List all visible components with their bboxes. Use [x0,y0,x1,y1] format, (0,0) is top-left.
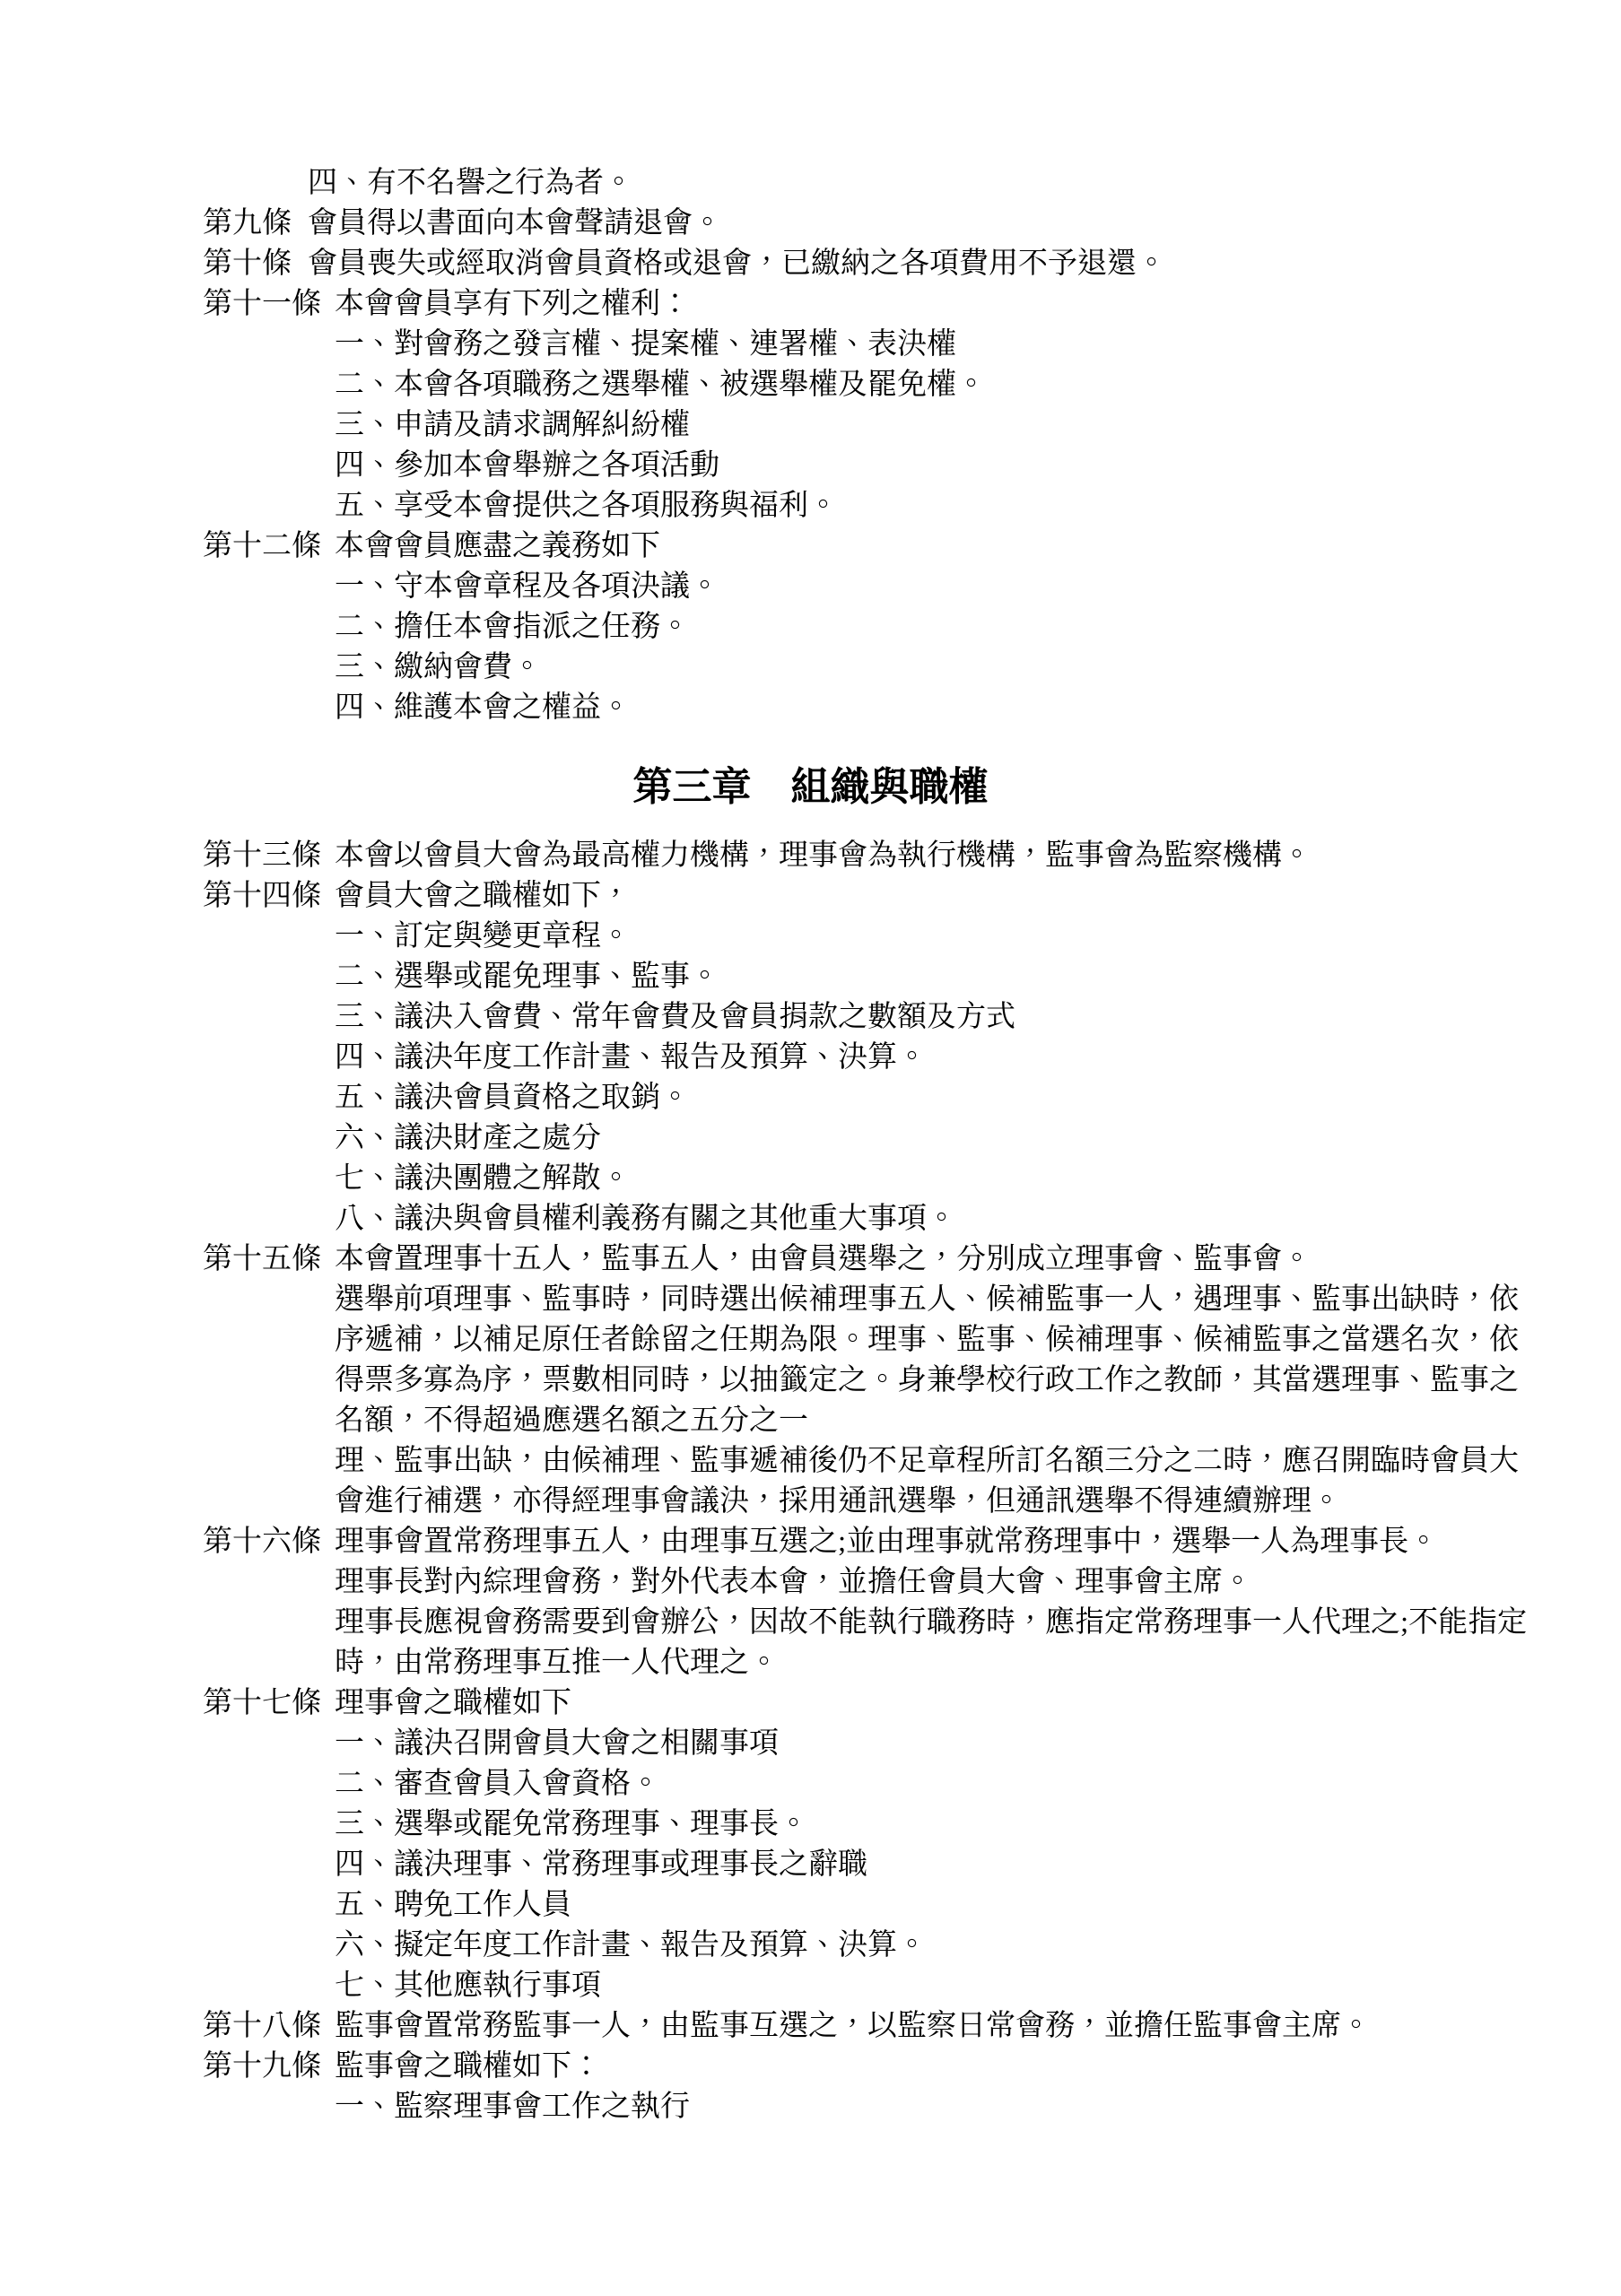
list-item-line: 一、守本會章程及各項決議。 [335,567,1621,607]
article-line: 第九條會員得以書面向本會聲請退會。 [203,204,1621,244]
article-line: 第十五條本會置理事十五人，監事五人，由會員選舉之，分別成立理事會、監事會。 [203,1239,1621,1280]
continuation-line: 理事長應視會務需要到會辦公，因故不能執行職務時，應指定常務理事一人代理之;不能指… [335,1603,1621,1643]
article-number-label: 第十一條 [203,284,335,325]
continuation-line: 序遞補，以補足原任者餘留之任期為限。理事、監事、候補理事、候補監事之當選名次，依 [335,1320,1621,1361]
article-number-label: 第十三條 [203,836,335,876]
list-item-line: 二、審查會員入會資格。 [335,1764,1621,1805]
article-number-label: 第十六條 [203,1522,335,1562]
continuation-line: 選舉前項理事、監事時，同時選出候補理事五人、候補監事一人，遇理事、監事出缺時，依 [335,1280,1621,1320]
list-item-line: 三、議決入會費、常年會費及會員捐款之數額及方式 [335,997,1621,1038]
list-item-line: 四、維護本會之權益。 [335,688,1621,728]
list-item-line: 五、享受本會提供之各項服務與福利。 [335,486,1621,526]
article-text: 會員得以書面向本會聲請退會。 [308,207,722,239]
article-number-label: 第十九條 [203,2047,335,2087]
list-item-line: 三、申請及請求調解糾紛權 [335,405,1621,446]
article-line: 第十三條本會以會員大會為最高權力機構，理事會為執行機構，監事會為監察機構。 [203,836,1621,876]
article-text: 會員大會之職權如下， [335,880,631,912]
document-content: 四、有不名譽之行為者。第九條會員得以書面向本會聲請退會。第十條會員喪失或經取消會… [0,0,1621,2127]
list-item-line: 二、本會各項職務之選舉權、被選舉權及罷免權。 [335,365,1621,405]
article-number-label: 第九條 [203,204,308,244]
article-line: 第十條會員喪失或經取消會員資格或退會，已繳納之各項費用不予退還。 [203,244,1621,284]
list-item-line: 二、選舉或罷免理事、監事。 [335,957,1621,997]
article-text: 理事會之職權如下 [335,1687,571,1719]
list-item-line: 一、監察理事會工作之執行 [335,2087,1621,2127]
list-item-line: 七、其他應執行事項 [335,1966,1621,2006]
article-text: 理事會置常務理事五人，由理事互選之;並由理事就常務理事中，選舉一人為理事長。 [335,1526,1438,1558]
list-item-line: 三、繳納會費。 [335,648,1621,688]
article-line: 第十四條會員大會之職權如下， [203,876,1621,917]
list-item-line: 四、議決理事、常務理事或理事長之辭職 [335,1845,1621,1885]
list-item-line: 七、議決團體之解散。 [335,1159,1621,1199]
article-line: 第十八條監事會置常務監事一人，由監事互選之，以監察日常會務，並擔任監事會主席。 [203,2006,1621,2047]
article-number-label: 第十條 [203,244,308,284]
list-item-line: 一、對會務之發言權、提案權、連署權、表決權 [335,325,1621,365]
list-item-line: 八、議決與會員權利義務有關之其他重大事項。 [335,1199,1621,1239]
article-number-label: 第十二條 [203,526,335,567]
continuation-line: 理事長對內綜理會務，對外代表本會，並擔任會員大會、理事會主席。 [335,1562,1621,1603]
article-line: 第十七條理事會之職權如下 [203,1683,1621,1724]
list-item-line: 四、議決年度工作計畫、報告及預算、決算。 [335,1038,1621,1078]
continuation-line: 理、監事出缺，由候補理、監事遞補後仍不足章程所訂名額三分之二時，應召開臨時會員大 [335,1441,1621,1482]
article-text: 本會會員享有下列之權利： [335,288,690,320]
list-item-line: 六、擬定年度工作計畫、報告及預算、決算。 [335,1926,1621,1966]
article-line: 第十九條監事會之職權如下： [203,2047,1621,2087]
continuation-line: 得票多寡為序，票數相同時，以抽籤定之。身兼學校行政工作之教師，其當選理事、監事之 [335,1361,1621,1401]
document-page: 四、有不名譽之行為者。第九條會員得以書面向本會聲請退會。第十條會員喪失或經取消會… [0,0,1621,2296]
chapter-heading: 第三章 組織與職權 [0,761,1621,814]
article-text: 會員喪失或經取消會員資格或退會，已繳納之各項費用不予退還。 [308,248,1166,280]
list-item-line: 三、選舉或罷免常務理事、理事長。 [335,1805,1621,1845]
list-item-line: 二、擔任本會指派之任務。 [335,607,1621,648]
list-item-line: 四、參加本會舉辦之各項活動 [335,446,1621,486]
article-line: 第十六條理事會置常務理事五人，由理事互選之;並由理事就常務理事中，選舉一人為理事… [203,1522,1621,1562]
continuation-line: 時，由常務理事互推一人代理之。 [335,1643,1621,1683]
list-item-line: 六、議決財產之處分 [335,1118,1621,1159]
list-item-line: 五、議決會員資格之取銷。 [335,1078,1621,1118]
continuation-line: 會進行補選，亦得經理事會議決，採用通訊選舉，但通訊選舉不得連續辦理。 [335,1482,1621,1522]
article-number-label: 第十五條 [203,1239,335,1280]
article-line: 第十一條本會會員享有下列之權利： [203,284,1621,325]
list-item-line: 五、聘免工作人員 [335,1885,1621,1926]
article-number-label: 第十八條 [203,2006,335,2047]
article-text: 本會置理事十五人，監事五人，由會員選舉之，分別成立理事會、監事會。 [335,1243,1312,1275]
article-text: 監事會之職權如下： [335,2050,601,2083]
continuation-line: 名額，不得超過應選名額之五分之一 [335,1401,1621,1441]
article-text: 本會會員應盡之義務如下 [335,530,660,562]
list-item-line: 四、有不名譽之行為者。 [308,163,1621,204]
article-number-label: 第十四條 [203,876,335,917]
article-number-label: 第十七條 [203,1683,335,1724]
list-item-line: 一、訂定與變更章程。 [335,917,1621,957]
list-item-line: 一、議決召開會員大會之相關事項 [335,1724,1621,1764]
article-text: 本會以會員大會為最高權力機構，理事會為執行機構，監事會為監察機構。 [335,839,1312,872]
article-line: 第十二條本會會員應盡之義務如下 [203,526,1621,567]
article-text: 監事會置常務監事一人，由監事互選之，以監察日常會務，並擔任監事會主席。 [335,2010,1371,2042]
